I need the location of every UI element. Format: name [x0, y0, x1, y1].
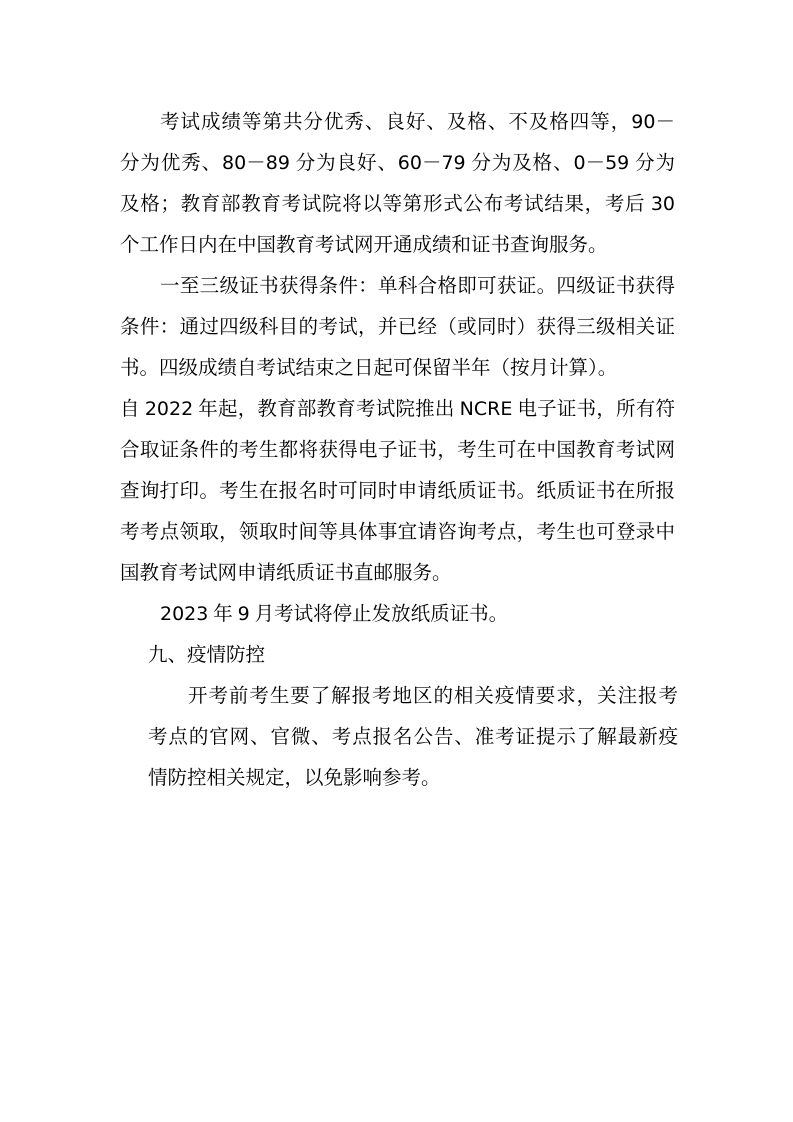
document-body: 考试成绩等第共分优秀、良好、及格、不及格四等，90－100 分为优秀、80－89…: [120, 102, 675, 799]
paragraph-paper-certificate-stop: 2023 年 9 月考试将停止发放纸质证书。: [120, 594, 675, 635]
latin-text-run: 2022: [145, 398, 193, 420]
latin-text-run: 59: [605, 152, 629, 174]
text-line: 考点的官网、官微、考点报名公告、准考证提示了解最新疫: [148, 717, 678, 758]
latin-text-run: 2023: [160, 603, 208, 625]
paragraph-exam-grades: 考试成绩等第共分优秀、良好、及格、不及格四等，90－100 分为优秀、80－89…: [120, 102, 675, 266]
section-heading: 九、疫情防控: [148, 635, 678, 676]
paragraph-certificate-conditions: 一至三级证书获得条件：单科合格即可获证。四级证书获得 条件：通过四级科目的考试，…: [120, 266, 675, 389]
text-line: 个工作日内在中国教育考试网开通成绩和证书查询服务。: [120, 225, 675, 266]
section-heading-text: 九、疫情防控: [148, 635, 678, 676]
text-line: 分为优秀、80－89 分为良好、60－79 分为及格、0－59 分为不: [120, 143, 675, 184]
document-page: 考试成绩等第共分优秀、良好、及格、不及格四等，90－100 分为优秀、80－89…: [0, 0, 793, 1122]
text-line: 2023 年 9 月考试将停止发放纸质证书。: [120, 594, 675, 635]
text-line: 开考前考生要了解报考地区的相关疫情要求，关注报考: [148, 676, 678, 717]
latin-text-run: 60: [398, 152, 422, 174]
text-line: 自 2022 年起，教育部教育考试院推出 NCRE 电子证书，所有符: [120, 389, 675, 430]
text-line: 考考点领取，领取时间等具体事宜请咨询考点，考生也可登录中: [120, 512, 675, 553]
text-line: 考试成绩等第共分优秀、良好、及格、不及格四等，90－100: [120, 102, 675, 143]
latin-text-run: 9: [238, 603, 250, 625]
latin-text-run: 79: [441, 152, 465, 174]
latin-text-run: NCRE: [460, 398, 513, 420]
text-line: 查询打印。考生在报名时可同时申请纸质证书。纸质证书在所报: [120, 471, 675, 512]
text-line: 合取证条件的考生都将获得电子证书，考生可在中国教育考试网: [120, 430, 675, 471]
latin-text-run: 30: [651, 193, 675, 215]
latin-text-run: 90: [631, 111, 655, 133]
text-line: 条件：通过四级科目的考试，并已经（或同时）获得三级相关证: [120, 307, 675, 348]
latin-text-run: 89: [266, 152, 290, 174]
paragraph-epidemic-prevention: 开考前考生要了解报考地区的相关疫情要求，关注报考 考点的官网、官微、考点报名公告…: [148, 676, 678, 799]
text-line: 书。四级成绩自考试结束之日起可保留半年（按月计算）。: [120, 348, 675, 389]
latin-text-run: 80: [222, 152, 246, 174]
text-line: 情防控相关规定，以免影响参考。: [148, 758, 678, 799]
text-line: 国教育考试网申请纸质证书直邮服务。: [120, 553, 675, 594]
text-line: 一至三级证书获得条件：单科合格即可获证。四级证书获得: [120, 266, 675, 307]
latin-text-run: 0: [573, 152, 585, 174]
text-line: 及格；教育部教育考试院将以等第形式公布考试结果，考后 30: [120, 184, 675, 225]
paragraph-e-certificate: 自 2022 年起，教育部教育考试院推出 NCRE 电子证书，所有符 合取证条件…: [120, 389, 675, 594]
